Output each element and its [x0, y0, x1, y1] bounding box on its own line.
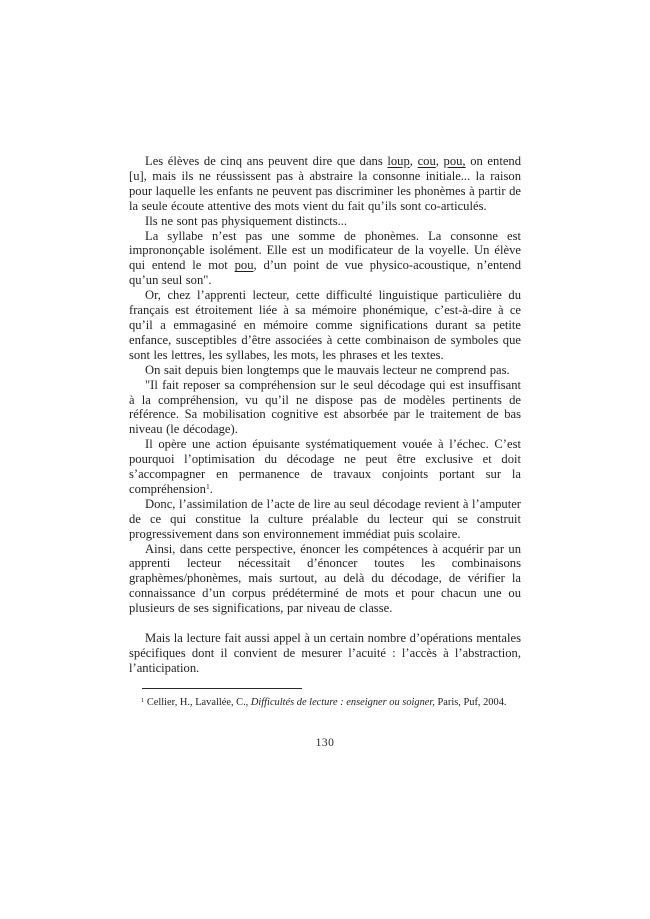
body-text: Les élèves de cinq ans peuvent dire que …: [129, 154, 521, 676]
paragraph-2: Ils ne sont pas physiquement distincts..…: [129, 214, 521, 229]
footnote-separator: [142, 688, 302, 689]
paragraph-1: Les élèves de cinq ans peuvent dire que …: [129, 154, 521, 214]
paragraph-7: Il opère une action épuisante systématiq…: [129, 437, 521, 497]
paragraph-9: Ainsi, dans cette perspective, énoncer l…: [129, 542, 521, 617]
page-number: 130: [129, 737, 521, 749]
paragraph-5: On sait depuis bien longtemps que le mau…: [129, 363, 521, 378]
footnote: 1 Cellier, H., Lavallée, C., Difficultés…: [129, 697, 521, 710]
paragraph-4: Or, chez l’apprenti lecteur, cette diffi…: [129, 288, 521, 363]
paragraph-6: "Il fait reposer sa compréhension sur le…: [129, 378, 521, 438]
paragraph-8: Donc, l’assimilation de l’acte de lire a…: [129, 497, 521, 542]
paragraph-10: Mais la lecture fait aussi appel à un ce…: [129, 631, 521, 676]
paragraph-3: La syllabe n’est pas une somme de phonèm…: [129, 229, 521, 289]
book-page: Les élèves de cinq ans peuvent dire que …: [0, 0, 650, 919]
